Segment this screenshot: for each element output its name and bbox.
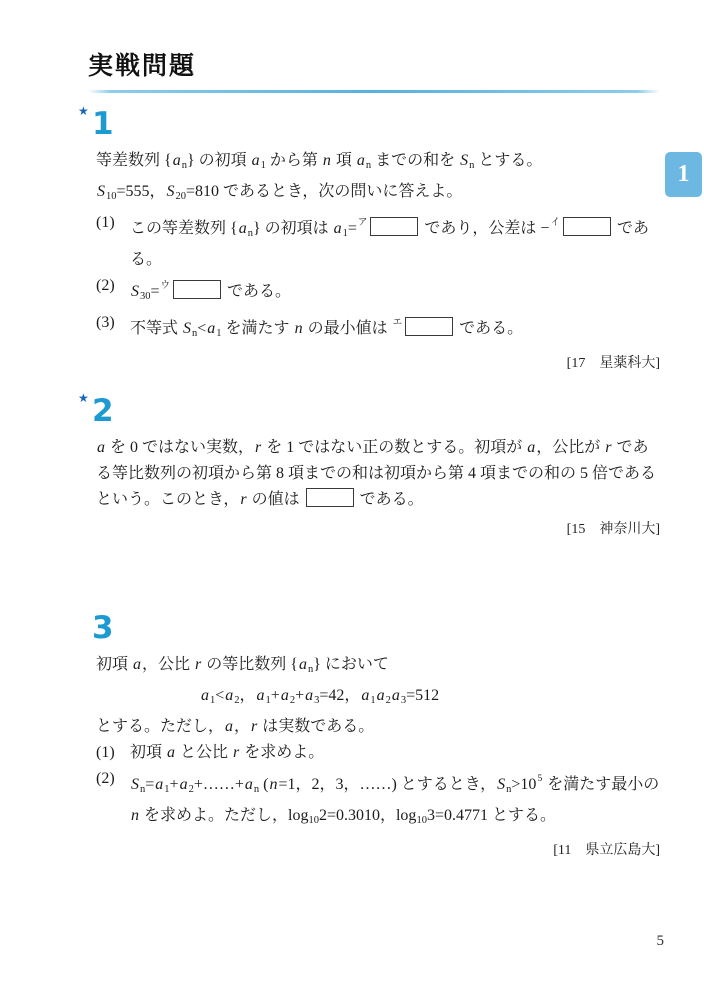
text-run: =810 であるとき，次の問いに答えよ。 (186, 183, 462, 200)
text-run: までの和を (371, 152, 459, 169)
math-var: an (356, 152, 371, 169)
text-run: 初項 (96, 656, 132, 673)
problem-heading: 3 (92, 610, 662, 648)
text-run: である。 (455, 320, 523, 337)
text-run: 不等式 (130, 320, 182, 337)
math-var-base: a (206, 320, 216, 337)
text-run: = (348, 220, 357, 237)
problem-body: 等差数列 {an} の初項 a1 から第 n 項 an までの和を Sn とする… (92, 148, 662, 347)
item-text: この等差数列 {an} の初項は a1=ア であり，公差は −イ である。 (130, 210, 662, 273)
text-run: + (271, 687, 280, 704)
text-run: ，公比 (142, 656, 194, 673)
text-run: とする。 (474, 152, 542, 169)
item-text: S30=ウ である。 (130, 273, 662, 310)
text-run: を 0 ではない実数， (106, 439, 254, 456)
math-var-base: a (376, 687, 386, 704)
problem-paragraph: 初項 a，公比 r の等比数列 {an} において (96, 652, 662, 683)
math-var-base: a (172, 152, 182, 169)
text-run: < (215, 687, 224, 704)
text-run: 項 (332, 152, 356, 169)
problem-paragraph: 等差数列 {an} の初項 a1 から第 n 項 an までの和を Sn とする… (96, 148, 662, 179)
math-var: n (294, 320, 304, 337)
text-run: の最小値は (304, 320, 392, 337)
math-var: an (244, 776, 259, 793)
math-var-base: a (391, 687, 401, 704)
math-var-base: a (179, 776, 189, 793)
math-var: Sn (496, 776, 511, 793)
star-icon: ★ (78, 104, 89, 118)
superscript-label: イ (550, 218, 560, 228)
superscript-label: 5 (537, 774, 542, 784)
math-var-base: a (238, 220, 248, 237)
subscript: 1 (370, 695, 375, 706)
problem-heading: ★2 (92, 393, 662, 431)
math-var-base: a (244, 776, 254, 793)
math-var: r (239, 491, 247, 508)
math-var-base: a (154, 776, 164, 793)
problem-item: (2)Sn=a1+a2+……+an (n=1，2，3，……) とするとき，Sn>… (96, 766, 662, 834)
problem-paragraph: a を 0 ではない実数，r を 1 ではない正の数とする。初項が a，公比が … (96, 435, 662, 513)
text-run: + (295, 687, 304, 704)
problem-2: ★2a を 0 ではない実数，r を 1 ではない正の数とする。初項が a，公比… (92, 393, 662, 538)
page-title: 実戦問題 (88, 46, 196, 82)
text-run: を求めよ。ただし，log (140, 807, 308, 824)
subscript: 10 (106, 191, 117, 202)
problem-paragraph: S10=555，S20=810 であるとき，次の問いに答えよ。 (96, 179, 662, 210)
text-run: + (170, 776, 179, 793)
math-var-base: a (224, 687, 234, 704)
math-var: r (604, 439, 612, 456)
math-var: a1 (154, 776, 169, 793)
problem-item: (1)初項 a と公比 r を求めよ。 (96, 740, 662, 766)
problem-item: (3)不等式 Sn<a1 を満たす n の最小値は エ である。 (96, 310, 662, 347)
answer-box (563, 217, 611, 236)
problem-paragraph: とする。ただし，a，r は実数である。 (96, 714, 662, 740)
text-run: =512 (406, 687, 439, 704)
math-var-base: a (360, 687, 370, 704)
math-var: an (238, 220, 253, 237)
text-run: を求めよ。 (240, 744, 324, 761)
text-run: であり，公差は − (420, 220, 549, 237)
subscript: 20 (176, 191, 187, 202)
problem-1: ★1等差数列 {an} の初項 a1 から第 n 項 an までの和を Sn と… (92, 106, 662, 372)
equation-line: a1<a2，a1+a2+a3=42，a1a2a3=512 (96, 683, 662, 714)
problem-item: (1)この等差数列 {an} の初項は a1=ア であり，公差は −イ である。 (96, 210, 662, 273)
text-run: } の初項 (187, 152, 251, 169)
math-var: a1 (256, 687, 271, 704)
text-run: < (197, 320, 206, 337)
math-var-base: S (130, 776, 140, 793)
text-run: である。 (223, 283, 291, 300)
item-marker: (1) (96, 210, 130, 273)
answer-box (173, 280, 221, 299)
text-run: の等比数列 { (202, 656, 298, 673)
problem-body: 初項 a，公比 r の等比数列 {an} においてa1<a2，a1+a2+a3=… (92, 652, 662, 834)
answer-box (405, 317, 453, 336)
item-marker: (2) (96, 273, 130, 310)
math-var-base: a (304, 687, 314, 704)
chapter-tab: 1 (665, 152, 702, 197)
math-var: n (268, 776, 278, 793)
text-run: 等差数列 { (96, 152, 172, 169)
superscript-label: ウ (161, 281, 171, 291)
math-var: an (172, 152, 187, 169)
text-run: ，公比が (536, 439, 604, 456)
math-var-base: a (256, 687, 266, 704)
math-var-base: a (333, 220, 343, 237)
math-var-base: S (496, 776, 506, 793)
answer-box (306, 488, 354, 507)
text-run: =555， (117, 183, 166, 200)
text-run: と公比 (176, 744, 232, 761)
text-run: 2=0.3010，log (319, 807, 416, 824)
citation: [17 星薬科大] (92, 352, 662, 372)
math-var: a (224, 718, 234, 735)
math-var: a2 (280, 687, 295, 704)
text-run: は実数である。 (258, 718, 374, 735)
text-run: } において (313, 656, 389, 673)
item-marker: (3) (96, 310, 130, 347)
text-run: =1，2，3，……) とするとき， (278, 776, 496, 793)
text-run: を満たす最小の (543, 776, 659, 793)
problem-item: (2)S30=ウ である。 (96, 273, 662, 310)
math-var: a (132, 656, 142, 673)
problem-body: a を 0 ではない実数，r を 1 ではない正の数とする。初項が a，公比が … (92, 435, 662, 513)
subscript: 30 (140, 291, 151, 302)
math-var: Sn (459, 152, 474, 169)
text-run: ， (234, 718, 250, 735)
text-run: >10 (511, 776, 536, 793)
item-text: Sn=a1+a2+……+an (n=1，2，3，……) とするとき，Sn>105… (130, 766, 662, 834)
subscript: 10 (416, 815, 427, 826)
item-text: 不等式 Sn<a1 を満たす n の最小値は エ である。 (130, 310, 662, 347)
item-text: 初項 a と公比 r を求めよ。 (130, 740, 662, 766)
math-var: an (298, 656, 313, 673)
text-run: を 1 ではない正の数とする。初項が (262, 439, 526, 456)
math-var-base: S (166, 183, 176, 200)
answer-box (370, 217, 418, 236)
text-run: = (145, 776, 154, 793)
text-run: = (151, 283, 160, 300)
item-marker: (2) (96, 766, 130, 834)
text-run: ， (240, 687, 256, 704)
math-var: r (254, 439, 262, 456)
text-run: +……+ (194, 776, 244, 793)
math-var: S10 (96, 183, 117, 200)
item-marker: (1) (96, 740, 130, 766)
star-icon: ★ (78, 391, 89, 405)
problem-number: 1 (92, 106, 114, 142)
math-var-base: S (182, 320, 192, 337)
problem-heading: ★1 (92, 106, 662, 144)
math-var: a2 (376, 687, 391, 704)
math-var: a3 (304, 687, 319, 704)
math-var: a (96, 439, 106, 456)
text-run: である。 (356, 491, 424, 508)
math-var: a1 (200, 687, 215, 704)
math-var: a1 (206, 320, 221, 337)
math-var: a1 (360, 687, 375, 704)
math-var-base: a (280, 687, 290, 704)
math-var: a (166, 744, 176, 761)
math-var-base: a (200, 687, 210, 704)
math-var: a (526, 439, 536, 456)
math-var-base: S (96, 183, 106, 200)
subscript: 10 (308, 815, 319, 826)
math-var: Sn (182, 320, 197, 337)
math-var: a1 (251, 152, 266, 169)
math-var: n (322, 152, 332, 169)
math-var: a2 (224, 687, 239, 704)
text-run: から第 (266, 152, 322, 169)
text-run: 3=0.4771 とする。 (427, 807, 556, 824)
text-run: 初項 (130, 744, 166, 761)
math-var: a1 (333, 220, 348, 237)
superscript-label: エ (393, 318, 403, 328)
math-var-base: a (251, 152, 261, 169)
text-run: を満たす (222, 320, 294, 337)
math-var: S20 (166, 183, 187, 200)
math-var-base: S (130, 283, 140, 300)
problem-number: 3 (92, 610, 114, 646)
superscript-label: ア (358, 218, 368, 228)
math-var-base: a (298, 656, 308, 673)
math-var: Sn (130, 776, 145, 793)
text-run: とする。ただし， (96, 718, 224, 735)
citation: [15 神奈川大] (92, 518, 662, 538)
text-run: } の初項は (253, 220, 333, 237)
problem-number: 2 (92, 393, 114, 429)
math-var: a2 (179, 776, 194, 793)
math-var-base: S (459, 152, 469, 169)
text-run: =42， (319, 687, 360, 704)
citation: [11 県立広島大] (92, 839, 662, 859)
page-number: 5 (657, 933, 665, 950)
math-var: S30 (130, 283, 151, 300)
problem-3: 3初項 a，公比 r の等比数列 {an} においてa1<a2，a1+a2+a3… (92, 610, 662, 859)
math-var: n (130, 807, 140, 824)
text-run: の値は (248, 491, 304, 508)
text-run: この等差数列 { (130, 220, 238, 237)
math-var: a3 (391, 687, 406, 704)
math-var-base: a (356, 152, 366, 169)
section-rule (88, 90, 660, 93)
